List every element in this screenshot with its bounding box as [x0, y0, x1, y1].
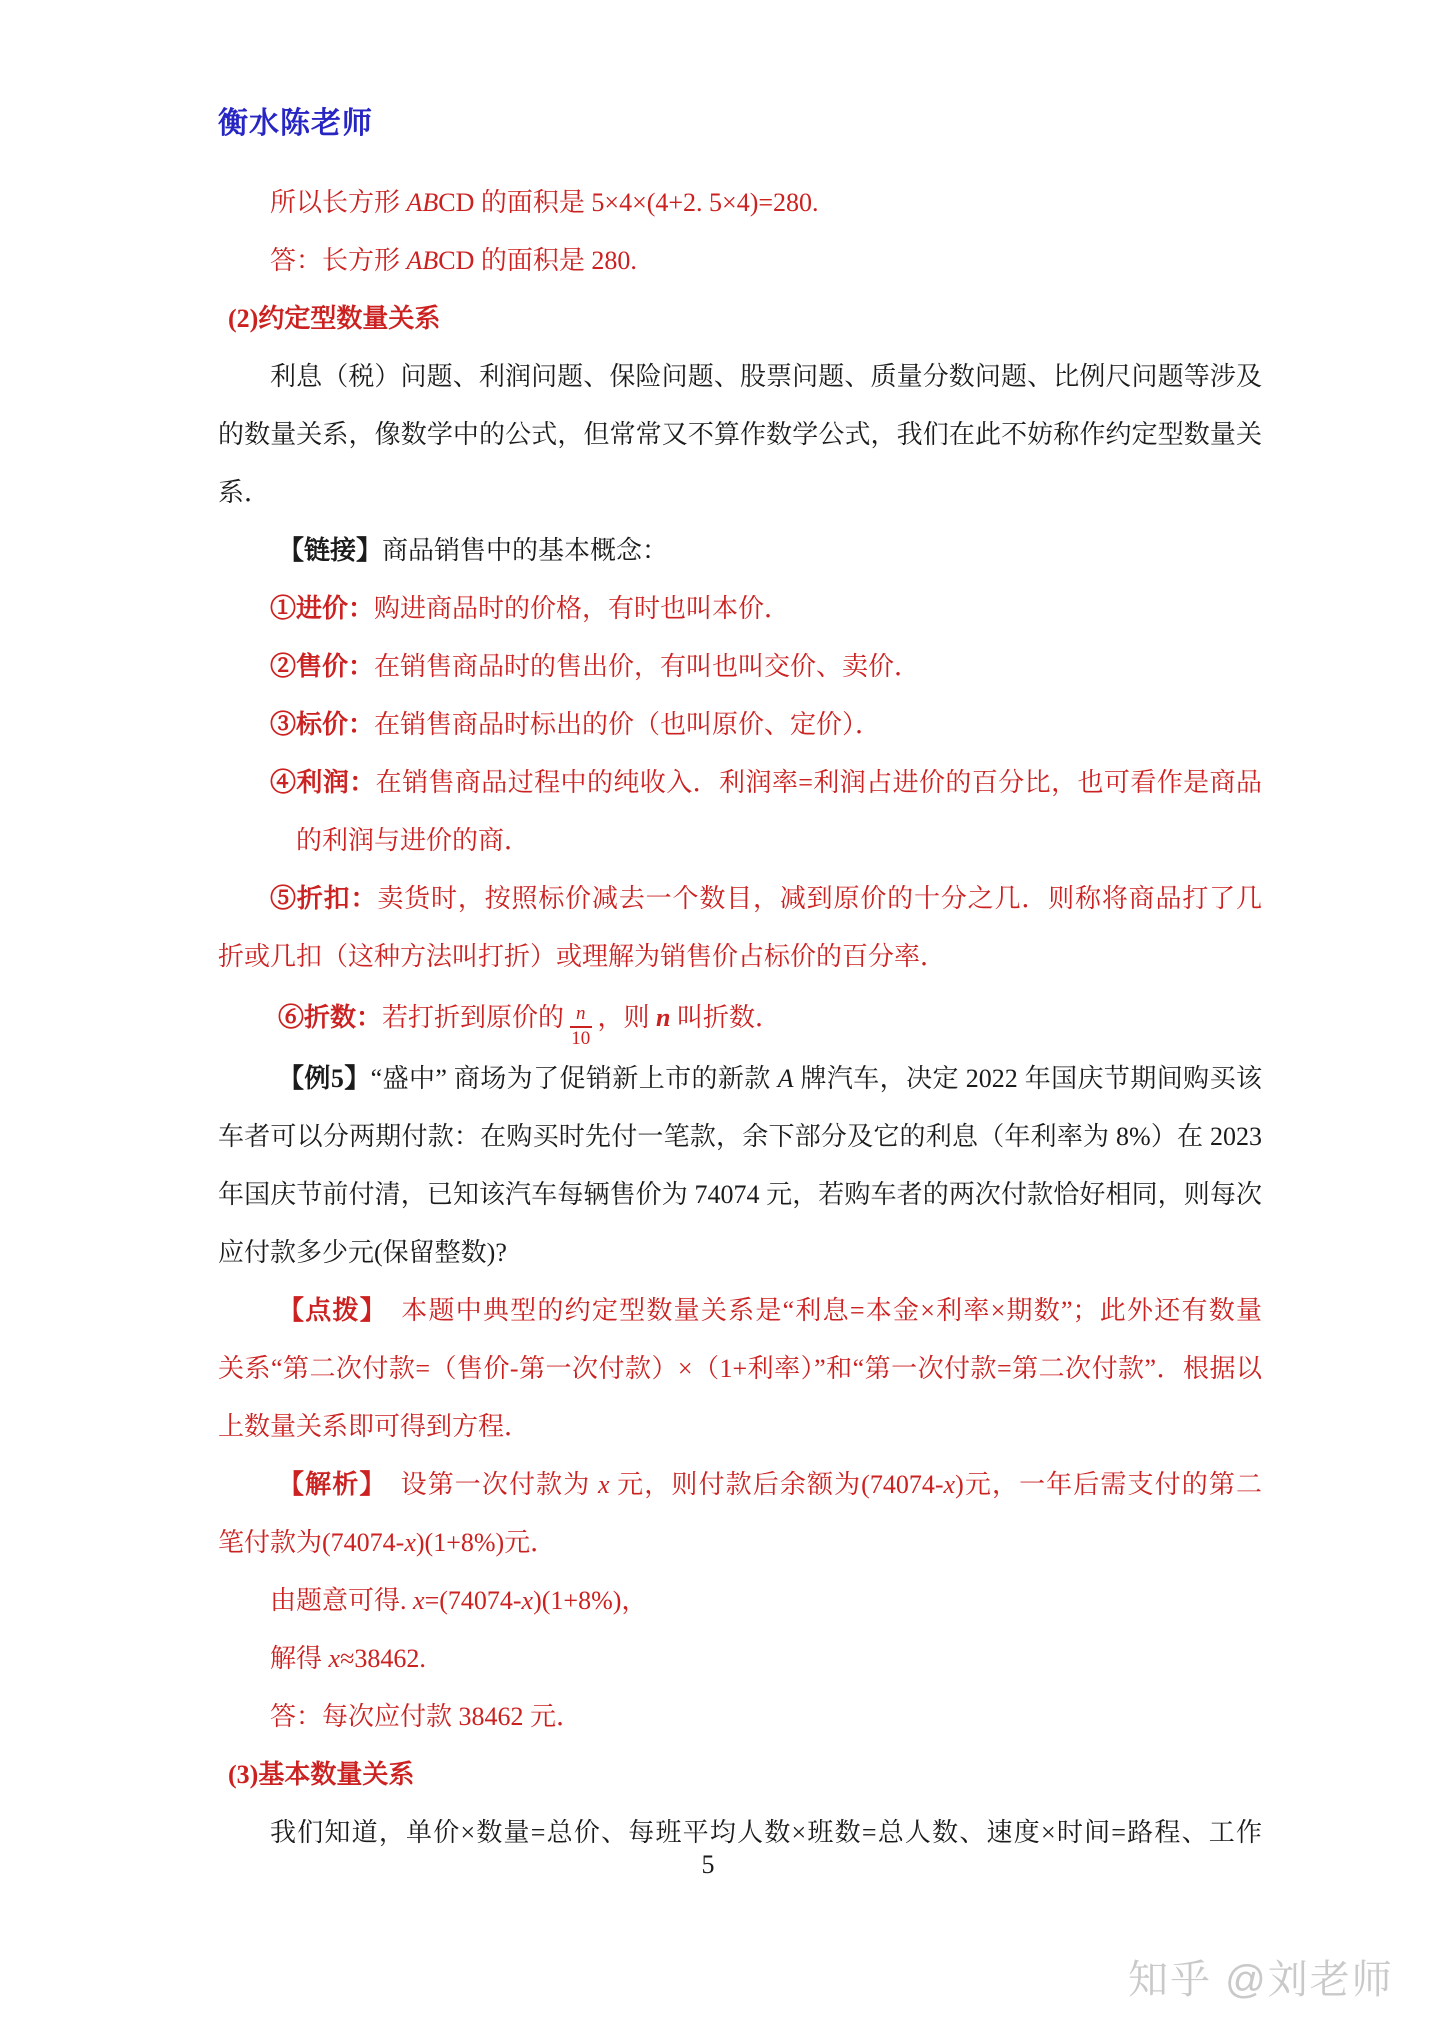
text-run: 元，则付款后余额为(74074-: [610, 1470, 944, 1499]
text-run: ⑤折扣：: [270, 884, 377, 913]
text-run: x: [522, 1586, 534, 1615]
text-line-1: 所以长方形 ABCD 的面积是 5×4×(4+2. 5×4)=280.: [218, 174, 1262, 232]
text-line-20: 【点拨】 本题中典型的约定型数量关系是“利息=本金×利率×期数”；此外还有数量: [218, 1282, 1262, 1340]
text-run: 在销售商品时的售出价，有叫也叫交价、卖价．: [374, 652, 920, 681]
text-run: ①进价：: [270, 594, 374, 623]
text-run: 我们知道，单价×数量=总价、每班平均人数×班数=总人数、速度×时间=路程、工作: [270, 1818, 1262, 1847]
text-run: 利息（税）问题、利润问题、保险问题、股票问题、质量分数问题、比例尺问题等涉及: [270, 362, 1262, 391]
text-line-7: 【链接】商品销售中的基本概念：: [218, 522, 1262, 580]
text-run: =(74074-: [425, 1586, 522, 1615]
text-run: 车者可以分两期付款：在购买时先付一笔款，余下部分及它的利息（年利率为 8%）在 …: [218, 1122, 1262, 1151]
text-line-18: 年国庆节前付清，已知该汽车每辆售价为 74074 元，若购车者的两次付款恰好相同…: [218, 1166, 1262, 1224]
text-run: 购进商品时的价格，有时也叫本价．: [374, 594, 790, 623]
text-line-22: 上数量关系即可得到方程．: [218, 1398, 1262, 1456]
text-run: 应付款多少元(保留整数)?: [218, 1238, 507, 1267]
text-line-21: 关系“第二次付款=（售价-第一次付款）×（1+利率）”和“第一次付款=第二次付款…: [218, 1340, 1262, 1398]
text-run: 在销售商品时标出的价（也叫原价、定价）．: [374, 710, 881, 739]
watermark: 知乎 @刘老师: [1128, 1948, 1394, 2005]
text-run: A: [778, 1064, 794, 1093]
text-line-14: 折或几扣（这种方法叫打折）或理解为销售价占标价的百分率．: [218, 928, 1262, 986]
text-run: AB: [407, 246, 439, 275]
text-line-23: 【解析】 设第一次付款为 x 元，则付款后余额为(74074-x)元，一年后需支…: [218, 1456, 1262, 1514]
text-run: 商品销售中的基本概念：: [382, 536, 668, 565]
text-line-16: 【例5】“盛中” 商场为了促销新上市的新款 A 牌汽车，决定 2022 年国庆节…: [218, 1050, 1262, 1108]
text-run: (3)基本数量关系: [228, 1760, 414, 1789]
text-line-13: ⑤折扣：卖货时，按照标价减去一个数目，减到原价的十分之几．则称将商品打了几: [218, 870, 1262, 928]
text-run: 若打折到原价的: [382, 1003, 564, 1032]
text-run: 本题中典型的约定型数量关系是“利息=本金×利率×期数”；此外还有数量: [374, 1296, 1262, 1325]
text-run: 笔付款为(74074-: [218, 1528, 404, 1557]
text-line-25: 由题意可得. x=(74074-x)(1+8%)，: [218, 1572, 1262, 1630]
text-run: AB: [407, 188, 439, 217]
text-line-10: ③标价：在销售商品时标出的价（也叫原价、定价）．: [218, 696, 1262, 754]
text-run: 设第一次付款为: [373, 1470, 598, 1499]
text-run: 【点拨】: [278, 1296, 374, 1325]
text-run: 的利润与进价的商．: [296, 826, 530, 855]
text-run: x: [404, 1528, 416, 1557]
text-line-5: 的数量关系，像数学中的公式，但常常又不算作数学公式，我们在此不妨称作约定型数量关: [218, 406, 1262, 464]
fraction-n-over-10: n10: [570, 1004, 592, 1050]
text-run: 【链接】: [278, 536, 382, 565]
text-run: x: [413, 1586, 425, 1615]
text-run: 【例5】: [278, 1064, 371, 1093]
text-line-17: 车者可以分两期付款：在购买时先付一笔款，余下部分及它的利息（年利率为 8%）在 …: [218, 1108, 1262, 1166]
text-run: ⑥折数：: [278, 1003, 382, 1032]
text-run: “盛中” 商场为了促销新上市的新款: [371, 1064, 778, 1093]
text-line-12: 的利润与进价的商．: [218, 812, 1262, 870]
text-run: x: [598, 1470, 610, 1499]
text-run: ④利润：: [270, 768, 376, 797]
text-run: (2)约定型数量关系: [228, 304, 440, 333]
text-line-2: 答：长方形 ABCD 的面积是 280.: [218, 232, 1262, 290]
text-line-11: ④利润：在销售商品过程中的纯收入．利润率=利润占进价的百分比，也可看作是商品: [218, 754, 1262, 812]
page-number: 5: [0, 1850, 1428, 1880]
text-run: x: [944, 1470, 956, 1499]
text-run: 关系“第二次付款=（售价-第一次付款）×（1+利率）”和“第一次付款=第二次付款…: [218, 1354, 1262, 1383]
text-run: x: [329, 1644, 341, 1673]
text-run: 答：长方形: [270, 246, 407, 275]
text-line-26: 解得 x≈38462.: [218, 1630, 1262, 1688]
text-run: CD 的面积是 5×4×(4+2. 5×4)=280.: [438, 188, 818, 217]
text-line-6: 系．: [218, 464, 1262, 522]
text-run: ③标价：: [270, 710, 374, 739]
text-run: 系．: [218, 478, 270, 507]
text-line-9: ②售价：在销售商品时的售出价，有叫也叫交价、卖价．: [218, 638, 1262, 696]
text-run: 在销售商品过程中的纯收入．利润率=利润占进价的百分比，也可看作是商品: [376, 768, 1262, 797]
text-line-15: ⑥折数：若打折到原价的n10，则 n 叫折数．: [218, 986, 1262, 1050]
text-line-8: ①进价：购进商品时的价格，有时也叫本价．: [218, 580, 1262, 638]
text-run: )(1+8%)，: [533, 1586, 647, 1615]
text-line-27: 答：每次应付款 38462 元．: [218, 1688, 1262, 1746]
text-run: 解得: [270, 1644, 329, 1673]
text-line-28: (3)基本数量关系: [218, 1746, 1262, 1804]
text-line-19: 应付款多少元(保留整数)?: [218, 1224, 1262, 1282]
text-run: )(1+8%)元．: [416, 1528, 556, 1557]
text-line-4: 利息（税）问题、利润问题、保险问题、股票问题、质量分数问题、比例尺问题等涉及: [218, 348, 1262, 406]
text-line-24: 笔付款为(74074-x)(1+8%)元．: [218, 1514, 1262, 1572]
text-run: 【解析】: [278, 1470, 373, 1499]
text-run: 年国庆节前付清，已知该汽车每辆售价为 74074 元，若购车者的两次付款恰好相同…: [218, 1180, 1262, 1209]
text-run: 的数量关系，像数学中的公式，但常常又不算作数学公式，我们在此不妨称作约定型数量关: [218, 420, 1262, 449]
text-run: CD 的面积是 280.: [438, 246, 637, 275]
text-run: )元，一年后需支付的第二: [955, 1470, 1262, 1499]
text-run: ≈38462.: [340, 1644, 426, 1673]
text-run: ②售价：: [270, 652, 374, 681]
text-line-3: (2)约定型数量关系: [218, 290, 1262, 348]
text-run: 上数量关系即可得到方程．: [218, 1412, 530, 1441]
text-run: 卖货时，按照标价减去一个数目，减到原价的十分之几．则称将商品打了几: [377, 884, 1262, 913]
text-run: n: [656, 1003, 670, 1032]
text-run: ，则: [598, 1003, 657, 1032]
text-run: 折或几扣（这种方法叫打折）或理解为销售价占标价的百分率．: [218, 942, 946, 971]
text-run: 由题意可得.: [270, 1586, 413, 1615]
page-header-logo-text: 衡水陈老师: [218, 98, 373, 142]
text-run: 牌汽车，决定 2022 年国庆节期间购买该: [794, 1064, 1262, 1093]
text-run: 叫折数．: [671, 1003, 782, 1032]
text-run: 所以长方形: [270, 188, 407, 217]
document-body: 所以长方形 ABCD 的面积是 5×4×(4+2. 5×4)=280.答：长方形…: [218, 174, 1262, 1862]
text-run: 答：每次应付款 38462 元．: [270, 1702, 582, 1731]
document-page: 衡水陈老师 所以长方形 ABCD 的面积是 5×4×(4+2. 5×4)=280…: [0, 0, 1440, 2037]
